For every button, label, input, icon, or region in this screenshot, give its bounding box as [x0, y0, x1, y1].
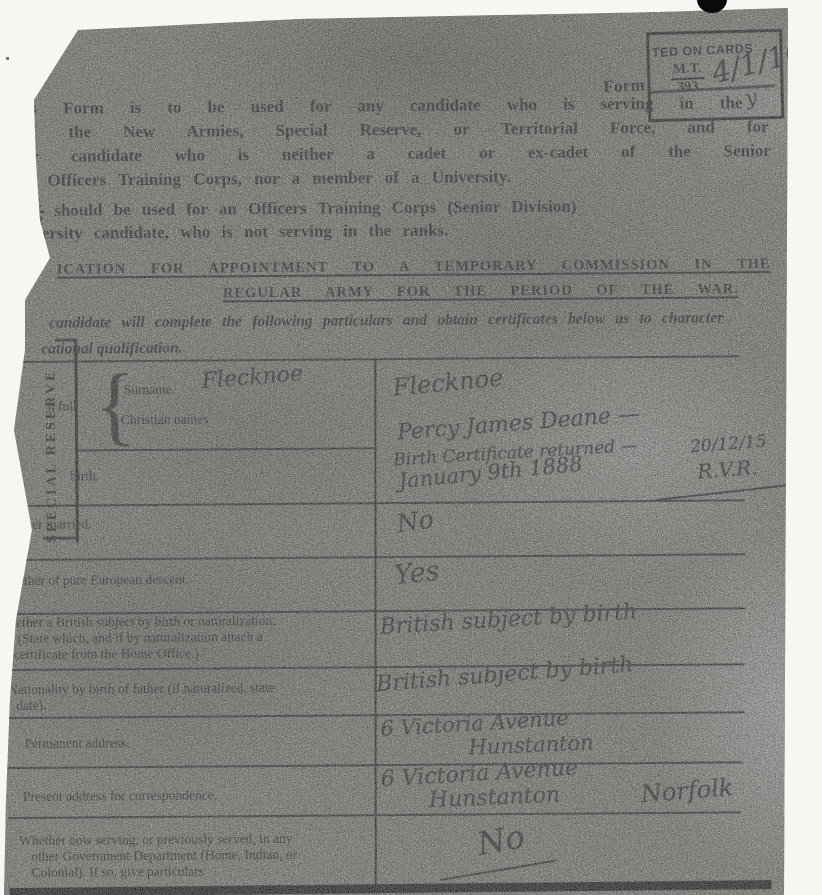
intro-line-2: f the New Armies, Special Reserve, or Te…	[31, 118, 769, 142]
row-label-surname: Surname.	[124, 382, 176, 399]
table-line-descent	[11, 553, 745, 561]
answer-father-nationality: British subject by birth	[375, 652, 634, 697]
answer-surname: Flecknoe	[392, 363, 505, 401]
scanned-form-image: TED ON CARDS Form M.T. 393 4/1/16 y s Fo…	[0, 0, 822, 895]
row-label-british-2: (State which, and if by naturalization a…	[18, 629, 263, 647]
row-label-serving-3: Colonial). If so, give particulars	[31, 864, 204, 882]
intro-line-3: r candidate who is neither a cadet or ex…	[31, 142, 771, 166]
row-label-present-address: Present address for correspondence.	[23, 787, 217, 805]
row-label-married: ether married.	[16, 516, 92, 533]
answer-british-subject: British subject by birth	[379, 599, 638, 639]
left-edge-mark-2	[0, 470, 6, 480]
left-edge-mark-1	[0, 344, 10, 360]
row-label-nationality-1: Nationality by birth of father (if natur…	[8, 680, 275, 698]
name-brace: {	[93, 362, 136, 450]
mt392-top: T.	[29, 195, 44, 213]
instruction-line-1: candidate will complete the following pa…	[49, 309, 723, 332]
row-label-permanent-address: Permanent address.	[24, 735, 129, 752]
answer-government-service: No	[474, 817, 527, 863]
form-title-line-1: ICATION FOR APPOINTMENT TO A TEMPORARY C…	[57, 256, 771, 279]
special-reserve-box-right	[74, 340, 79, 543]
special-reserve-box-topstub	[55, 339, 77, 342]
row-label-in-full: n full	[48, 399, 77, 415]
row-label-descent: hether of pure European descent.	[11, 572, 189, 590]
row-label-nationality-2: date).	[16, 698, 46, 714]
row-label-serving-2: other Government Department (Home, India…	[31, 847, 297, 865]
answer-present-address-2: Hunstanton	[428, 782, 560, 813]
bottom-scan-band	[10, 880, 772, 895]
form-number: M.T. 393	[671, 61, 705, 96]
intro-line-1: s Form is to be used for any candidate w…	[30, 94, 742, 118]
answer-present-address-county: Norfolk	[640, 773, 734, 808]
row-label-british-3: certificate from the Home Office.)	[14, 646, 199, 664]
written-surname-overlay: Flecknoe	[201, 361, 304, 394]
answer-birth-certificate-date: 20/12/15	[689, 431, 767, 457]
table-line-married	[29, 499, 745, 507]
answer-rvr-note: R.V.R.	[696, 455, 758, 484]
row-label-christian-names: Christian names	[121, 412, 208, 429]
table-column-divider	[374, 358, 376, 886]
instruction-line-2: cational qualification.	[41, 340, 182, 359]
intro-line-6: versity candidate, who is not serving in…	[33, 222, 448, 244]
row-label-birth: birth.	[70, 468, 99, 484]
answer-descent: Yes	[393, 555, 442, 591]
intro-line-4: , Officers Training Corps, nor a member …	[31, 168, 511, 190]
margin-speck	[6, 57, 9, 60]
form-number-top: M.T.	[671, 61, 704, 80]
no-underline-flourish	[440, 860, 557, 881]
special-reserve-vertical-label: SPECIAL RESERVE	[43, 358, 60, 543]
paper-scan: TED ON CARDS Form M.T. 393 4/1/16 y s Fo…	[0, 0, 822, 895]
page-content: TED ON CARDS Form M.T. 393 4/1/16 y s Fo…	[0, 0, 822, 895]
rvr-underline-flourish	[656, 484, 790, 501]
answer-married: No	[395, 504, 436, 538]
form-title-line-2: REGULAR ARMY FOR THE PERIOD OF THE WAR.	[223, 281, 739, 302]
